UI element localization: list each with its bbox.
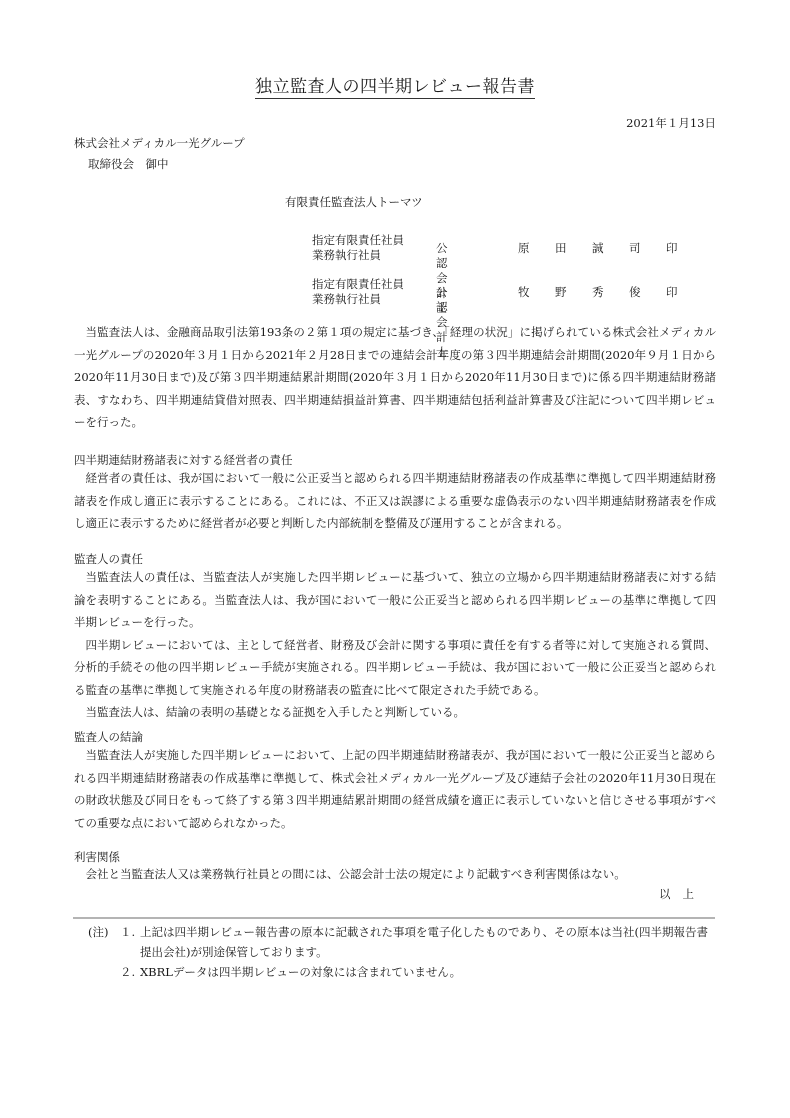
- addressee-company: 株式会社メディカル一光グループ: [74, 133, 245, 153]
- note-number: １.: [120, 922, 135, 942]
- note-item: (注) １. 上記は四半期レビュー報告書の原本に記載された事項を電子化したもので…: [74, 922, 716, 962]
- report-date: 2021年１月13日: [626, 113, 716, 133]
- intro-paragraph: 当監査法人は、金融商品取引法第193条の２第１項の規定に基づき、「経理の状況」に…: [74, 321, 716, 434]
- seal-mark: 印: [666, 241, 678, 256]
- audit-firm-name: 有限責任監査法人トーマツ: [285, 192, 423, 212]
- closing-mark: 以上: [659, 884, 706, 904]
- section-body-auditor-conclusion: 当監査法人が実施した四半期レビューにおいて、上記の四半期連結財務諸表が、我が国に…: [74, 744, 716, 834]
- section-body-auditor-responsibility: 当監査法人の責任は、当監査法人が実施した四半期レビューに基づいて、独立の立場から…: [74, 566, 716, 724]
- signatory-name-char: 野: [555, 285, 567, 300]
- notes-divider: [73, 917, 715, 919]
- signatory-role: 指定有限責任社員 業務執行社員: [312, 277, 432, 307]
- note-text: 上記は四半期レビュー報告書の原本に記載された事項を電子化したものであり、その原本…: [140, 922, 716, 962]
- section-body-management-responsibility: 経営者の責任は、我が国において一般に公正妥当と認められる四半期連結財務諸表の作成…: [74, 467, 716, 535]
- signatory-role: 指定有限責任社員 業務執行社員: [312, 233, 432, 263]
- note-item: ２. XBRLデータは四半期レビューの対象には含まれていません。: [74, 962, 716, 982]
- signatory-name-char: 秀: [592, 285, 604, 300]
- signatory-name-char: 牧: [518, 285, 530, 300]
- signatory-name-char: 誠: [592, 241, 604, 256]
- section-body-interests: 会社と当監査法人又は業務執行社員との間には、公認会計士法の規定により記載すべき利…: [74, 863, 716, 886]
- signatory-name-char: 司: [629, 241, 641, 256]
- signatory-name-char: 原: [518, 241, 530, 256]
- report-title: 独立監査人の四半期レビュー報告書: [0, 72, 790, 97]
- addressee-board: 取締役会 御中: [88, 154, 169, 174]
- signatory-name-char: 田: [555, 241, 567, 256]
- note-number: ２.: [120, 962, 135, 982]
- notes-label: (注): [88, 922, 108, 942]
- signatory-name-char: 俊: [629, 285, 641, 300]
- note-text: XBRLデータは四半期レビューの対象には含まれていません。: [140, 962, 716, 982]
- seal-mark: 印: [666, 285, 678, 300]
- notes-block: (注) １. 上記は四半期レビュー報告書の原本に記載された事項を電子化したもので…: [74, 922, 716, 982]
